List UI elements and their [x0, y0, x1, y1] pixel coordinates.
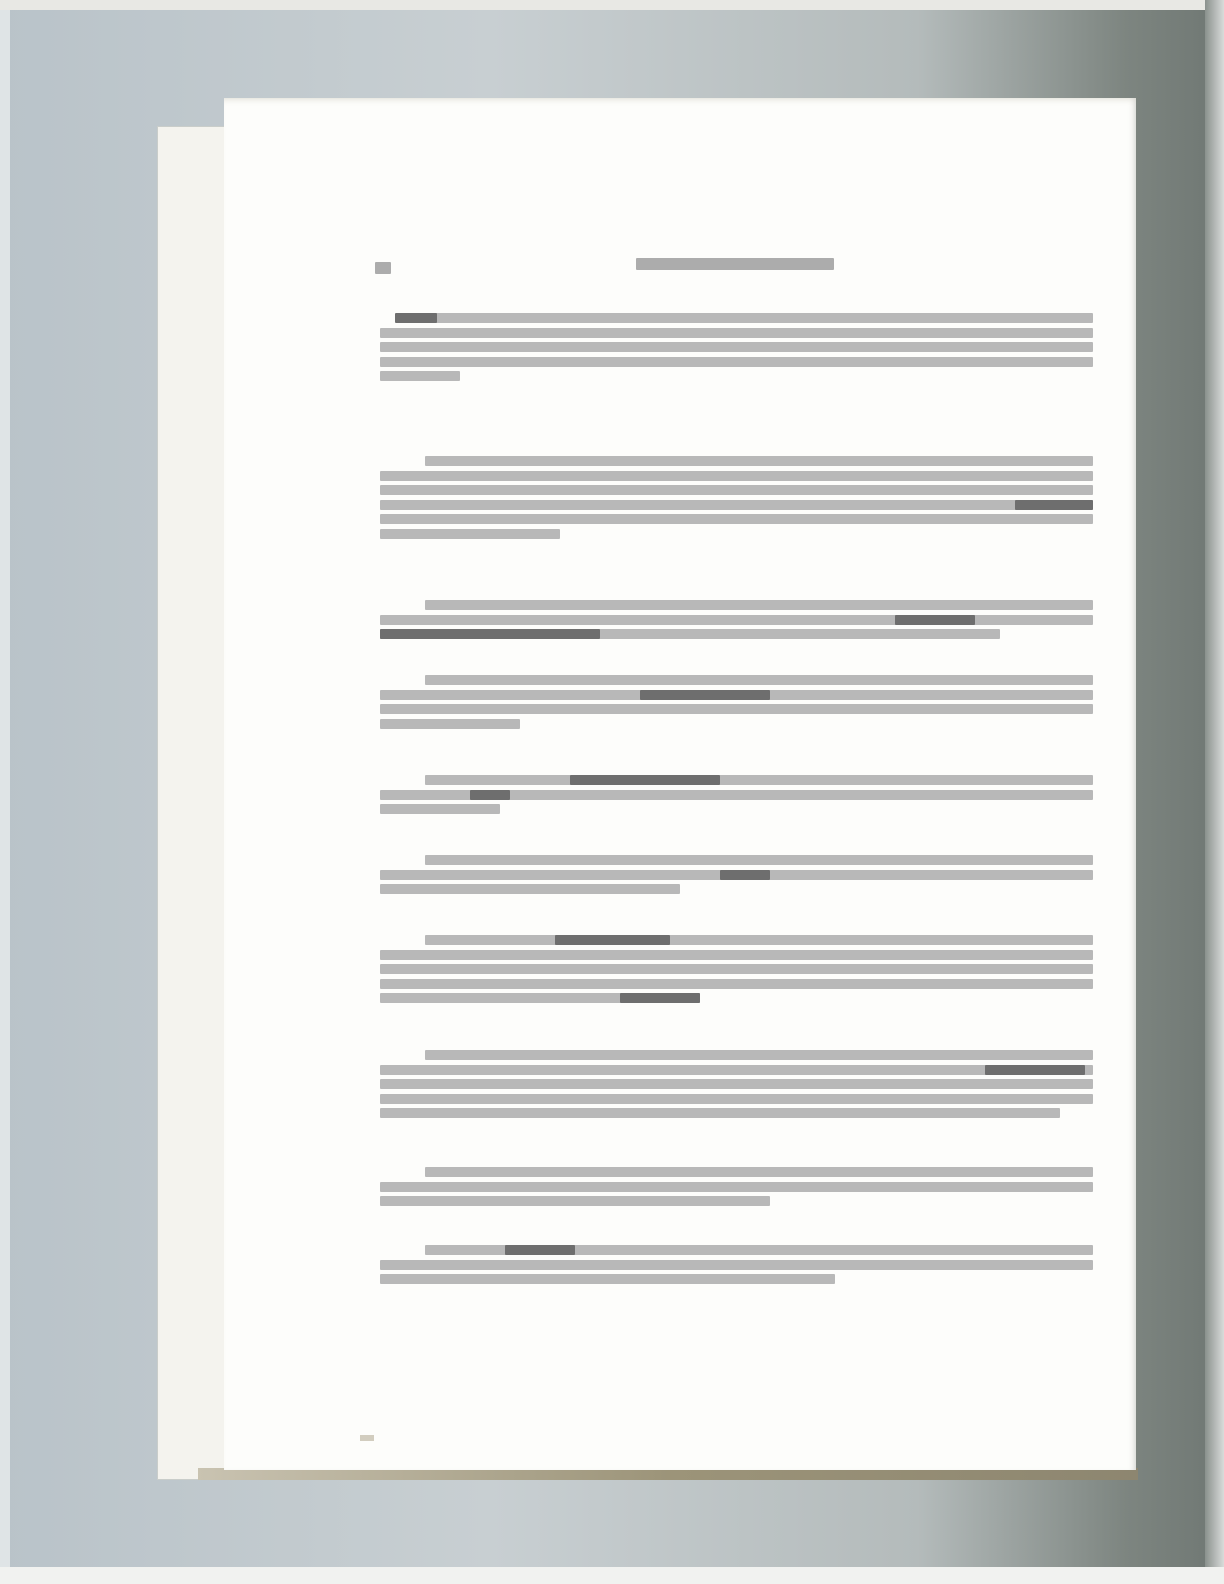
text-line	[380, 1108, 1060, 1118]
page-number	[375, 262, 391, 274]
emphasized-term	[895, 615, 975, 625]
emphasized-term	[640, 690, 770, 700]
text-line	[425, 600, 1093, 610]
text-line	[380, 979, 1093, 989]
scanner-edge-bottom	[0, 1567, 1224, 1584]
text-line	[425, 775, 1093, 785]
emphasized-term	[395, 313, 437, 323]
text-line	[380, 1260, 1093, 1270]
text-line	[380, 1094, 1093, 1104]
text-line	[380, 342, 1093, 352]
text-line	[380, 471, 1093, 481]
text-line	[380, 357, 1093, 367]
text-line	[380, 964, 1093, 974]
text-line	[380, 1196, 770, 1206]
text-line	[425, 456, 1093, 466]
emphasized-term	[1015, 500, 1093, 510]
running-head	[636, 258, 834, 270]
emphasized-term	[985, 1065, 1085, 1075]
text-line	[380, 1182, 1093, 1192]
text-line	[380, 704, 1093, 714]
text-line	[380, 514, 1093, 524]
text-line	[380, 529, 560, 539]
text-line	[380, 1274, 835, 1284]
text-line	[380, 328, 1093, 338]
emphasized-term	[720, 870, 770, 880]
emphasized-term	[570, 775, 720, 785]
scanner-edge-left	[0, 0, 10, 1584]
emphasized-term	[555, 935, 670, 945]
text-line	[425, 675, 1093, 685]
scanner-edge-top	[0, 0, 1224, 10]
text-line	[380, 485, 1093, 495]
text-line	[425, 855, 1093, 865]
scanner-edge-right	[1205, 0, 1224, 1584]
text-line	[380, 615, 1093, 625]
text-line	[380, 884, 680, 894]
text-line	[380, 500, 1093, 510]
emphasized-term	[505, 1245, 575, 1255]
text-line	[425, 313, 1093, 323]
text-line	[380, 371, 460, 381]
scan-speck-mark	[360, 1435, 374, 1441]
text-line	[425, 1167, 1093, 1177]
text-line	[380, 950, 1093, 960]
emphasized-term	[470, 790, 510, 800]
text-line	[425, 1050, 1093, 1060]
text-line	[380, 804, 500, 814]
text-line	[380, 1079, 1093, 1089]
text-line	[380, 719, 520, 729]
emphasized-term	[380, 629, 600, 639]
text-line	[425, 935, 1093, 945]
emphasized-term	[620, 993, 700, 1003]
